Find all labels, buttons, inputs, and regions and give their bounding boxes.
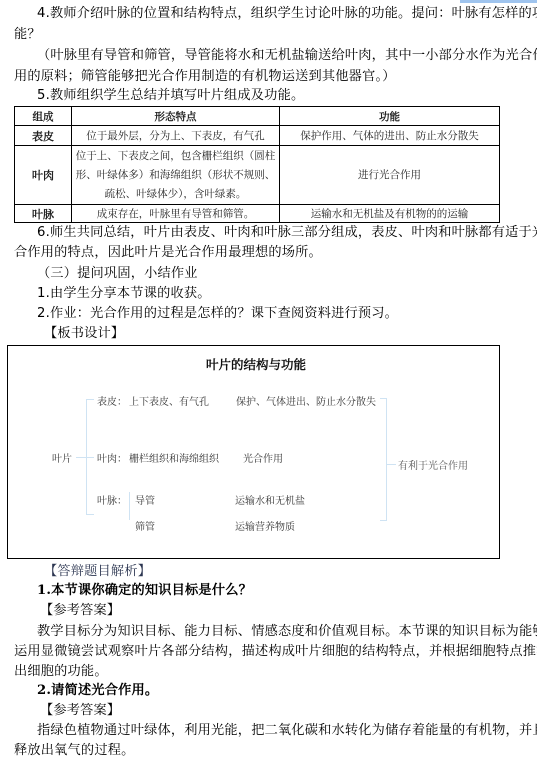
board-title: 叶片的结构与功能 (206, 355, 306, 373)
paragraph-4-line2: 能？ (14, 25, 41, 45)
board-design-heading: 【板书设计】 (44, 324, 124, 344)
leaf-composition-table: 组成 形态特点 功能 表皮 位于最外层，分为上、下表皮，有气孔 保护作用、气体的… (14, 106, 500, 223)
connector-line (86, 399, 94, 400)
table-cell-part: 叶脉 (15, 205, 72, 223)
paragraph-5: 5.教师组织学生总结并填写叶片组成及功能。 (37, 86, 304, 106)
question-1: 1.本节课你确定的知识目标是什么？ (37, 581, 252, 601)
answer-1-line2: 运用显微镜尝试观察叶片各部分结构，描述构成叶片细胞的结构特点，并根据细胞特点推测 (14, 642, 537, 662)
paragraph-4-answer-line2: 用的原料；筛管能够把光合作用制造的有机物运送到其他器官。） (14, 67, 396, 87)
feature-line: 形、叶绿体多）和海绵组织（形状不规则、 (72, 166, 279, 185)
question-2: 2.请简述光合作用。 (37, 681, 158, 701)
branch-label-mesophyll: 叶肉： (97, 450, 127, 465)
selection-highlight-bar (460, 0, 537, 3)
paragraph-4-answer-line1: （叶脉里有导管和筛管，导管能将水和无机盐输送给叶肉，其中一小部分水作为光合作 (37, 46, 537, 66)
reference-answer-label-2: 【参考答案】 (40, 701, 120, 721)
list-item-1: 1.由学生分享本节课的收获。 (37, 284, 211, 304)
connector-line (86, 514, 94, 515)
vein-sub-phloem-function: 运输营养物质 (235, 518, 295, 533)
connector-line (76, 457, 86, 458)
connector-line (129, 492, 130, 520)
table-cell-function: 运输水和无机盐及有机物的的运输 (280, 205, 500, 223)
vein-sub-phloem: 筛管 (135, 518, 155, 533)
section-3-heading: （三）提问巩固，小结作业 (37, 264, 198, 284)
table-header-row: 组成 形态特点 功能 (15, 107, 500, 126)
table-cell-part: 表皮 (15, 126, 72, 146)
answer-1-line1: 教学目标分为知识目标、能力目标、情感态度和价值观目标。本节课的知识目标为能够 (37, 622, 537, 642)
feature-line: 疏松、叶绿体少），含叶绿素。 (72, 185, 279, 204)
table-cell-feature: 位于上、下表皮之间，包含栅栏组织（圆柱 形、叶绿体多）和海绵组织（形状不规则、 … (72, 146, 280, 205)
qa-heading: 【答辩题目解析】 (44, 562, 151, 582)
connector-line (380, 520, 387, 521)
vein-sub-xylem: 导管 (135, 492, 155, 507)
mindmap-conclusion: 有利于光合作用 (398, 457, 468, 472)
branch-structure-mesophyll: 栅栏组织和海绵组织 (129, 450, 219, 465)
answer-2-line1: 指绿色植物通过叶绿体，利用光能，把二氧化碳和水转化为储存着能量的有机物，并且 (37, 721, 537, 741)
mindmap-root: 叶片 (52, 450, 72, 465)
answer-2-line2: 释放出氧气的过程。 (14, 741, 135, 761)
reference-answer-label-1: 【参考答案】 (40, 601, 120, 621)
table-header-function: 功能 (280, 107, 500, 126)
table-cell-feature: 位于最外层，分为上、下表皮，有气孔 (72, 126, 280, 146)
table-row: 表皮 位于最外层，分为上、下表皮，有气孔 保护作用、气体的进出、防止水分散失 (15, 126, 500, 146)
paragraph-4-line1: 4.教师介绍叶脉的位置和结构特点，组织学生讨论叶脉的功能。提问：叶脉有怎样的功 (37, 4, 537, 24)
list-item-2: 2.作业：光合作用的过程是怎样的？课下查阅资料进行预习。 (37, 304, 398, 324)
branch-function-epidermis: 保护、气体进出、防止水分散失 (236, 393, 376, 408)
table-cell-function: 保护作用、气体的进出、防止水分散失 (280, 126, 500, 146)
feature-line: 位于上、下表皮之间，包含栅栏组织（圆柱 (72, 147, 279, 166)
table-row: 叶脉 成束存在，叶脉里有导管和筛管。 运输水和无机盐及有机物的的运输 (15, 205, 500, 223)
answer-1-line3: 出细胞的功能。 (14, 662, 108, 682)
connector-line (86, 457, 94, 458)
branch-function-mesophyll: 光合作用 (243, 450, 283, 465)
branch-structure-epidermis: 上下表皮、有气孔 (129, 393, 209, 408)
table-cell-part: 叶肉 (15, 146, 72, 205)
table-cell-feature: 成束存在，叶脉里有导管和筛管。 (72, 205, 280, 223)
table-header-part: 组成 (15, 107, 72, 126)
paragraph-6-line1: 6.师生共同总结，叶片由表皮、叶肉和叶脉三部分组成，表皮、叶肉和叶脉都有适于光 (37, 223, 537, 243)
branch-label-vein: 叶脉： (97, 492, 127, 507)
vein-sub-xylem-function: 运输水和无机盐 (235, 492, 305, 507)
paragraph-6-line2: 合作用的特点，因此叶片是光合作用最理想的场所。 (14, 243, 322, 263)
table-row: 叶肉 位于上、下表皮之间，包含栅栏组织（圆柱 形、叶绿体多）和海绵组织（形状不规… (15, 146, 500, 205)
table-header-feature: 形态特点 (72, 107, 280, 126)
connector-line (386, 464, 396, 465)
table-cell-function: 进行光合作用 (280, 146, 500, 205)
connector-line (386, 398, 387, 520)
branch-label-epidermis: 表皮： (97, 393, 127, 408)
